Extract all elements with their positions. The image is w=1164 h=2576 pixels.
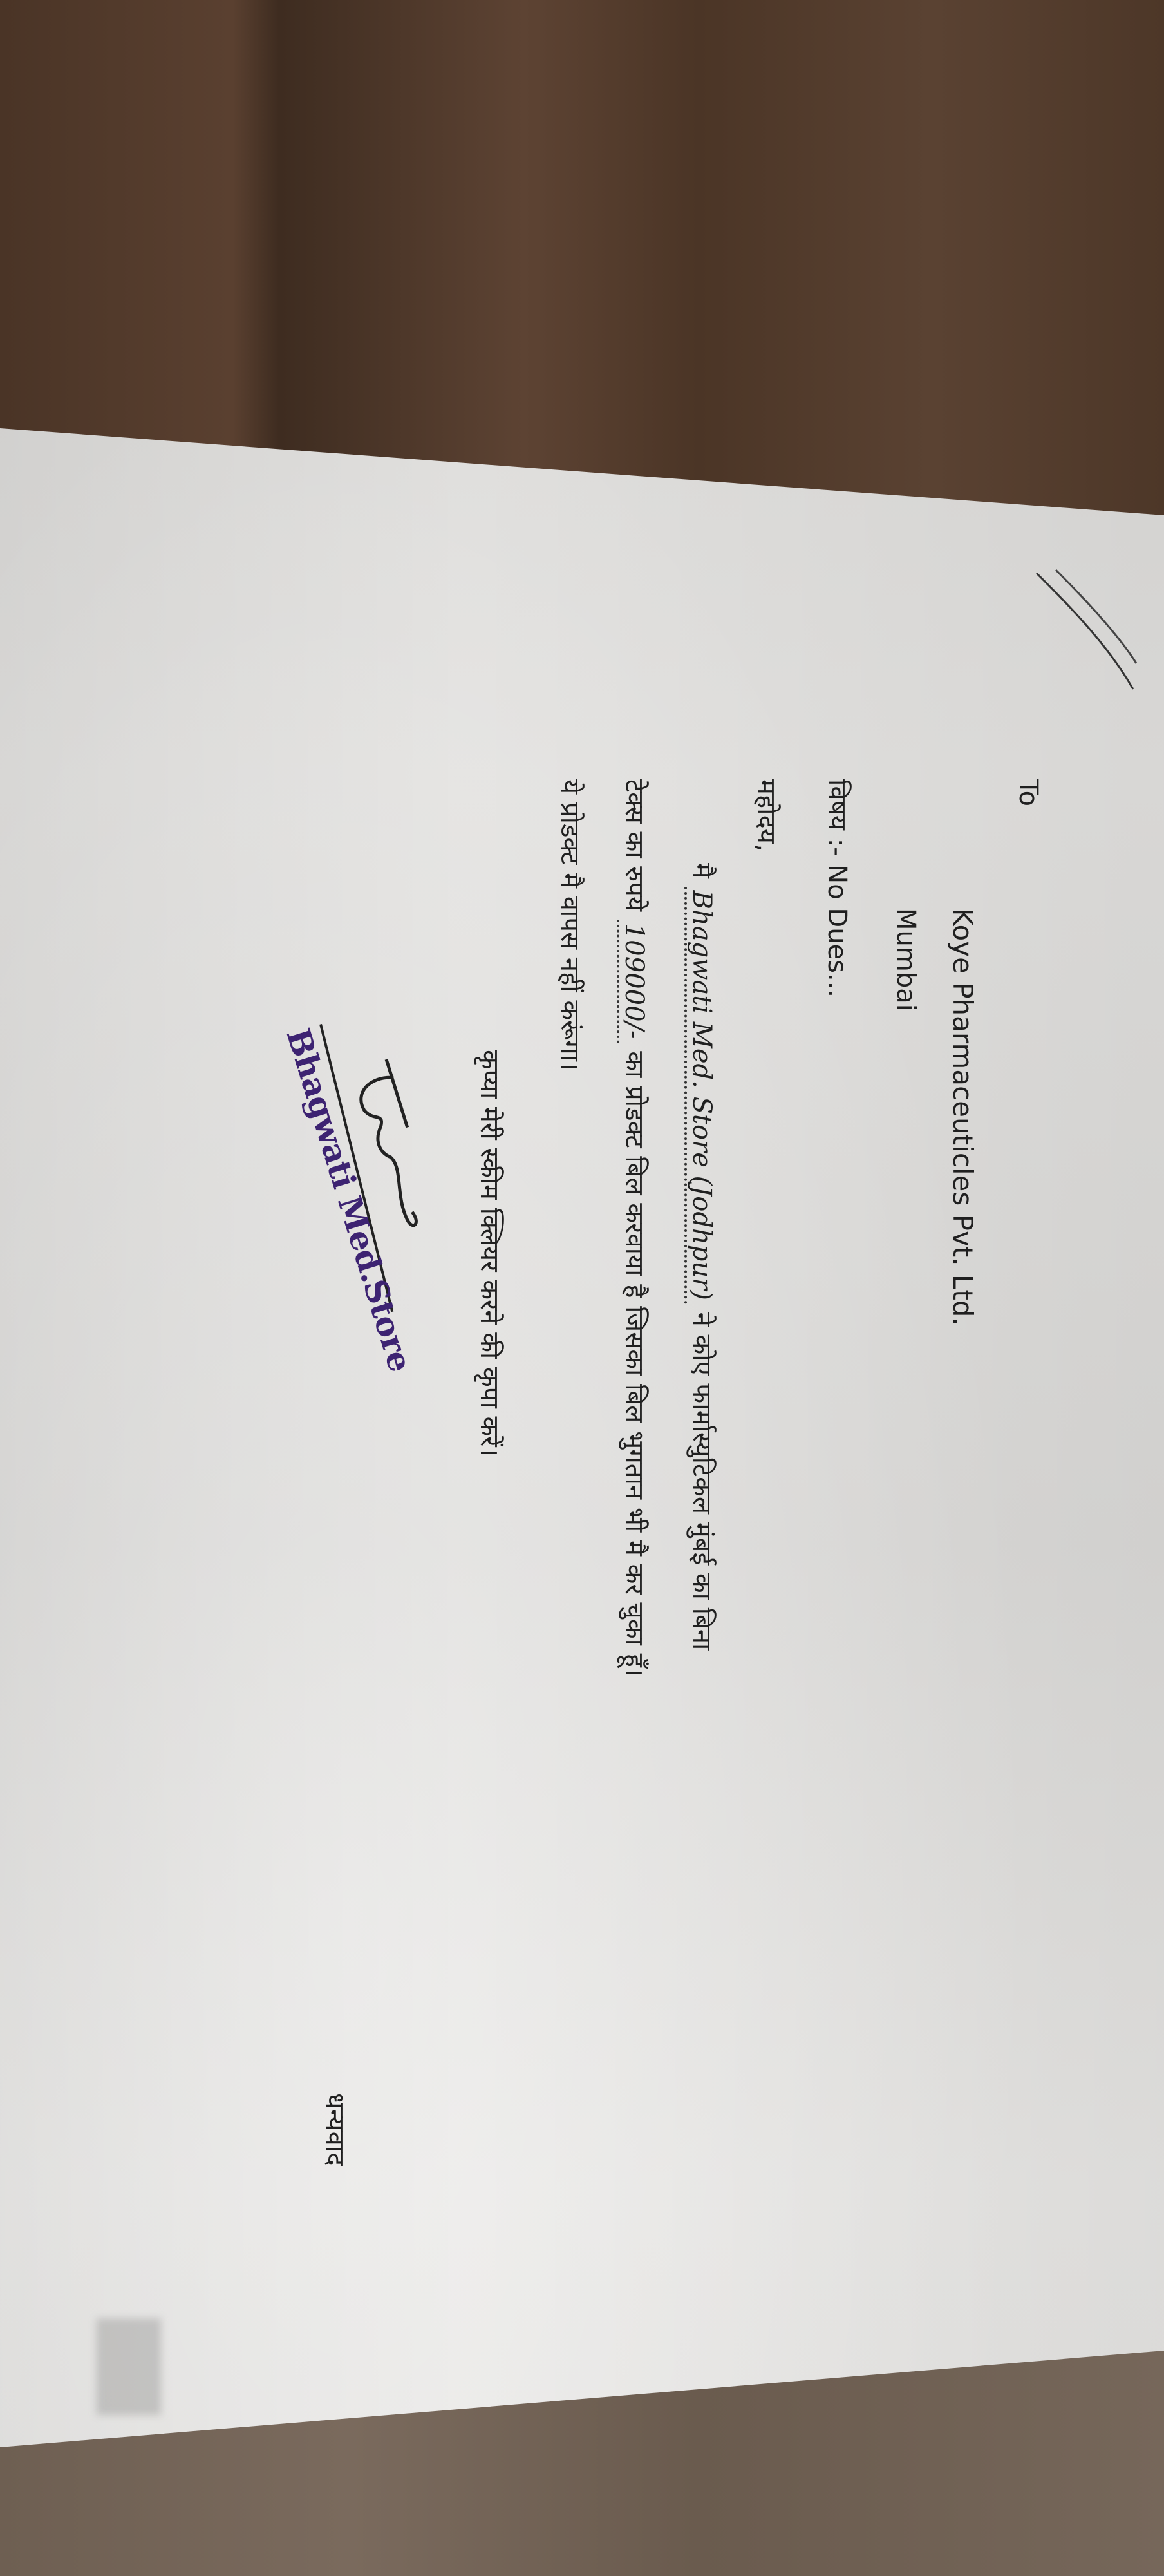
to-label: To — [1013, 779, 1043, 806]
body-line1-prefix: मै — [687, 863, 717, 878]
request-line: कृप्या मेरी स्कीम क्लियर करने की कृपा कर… — [473, 1050, 509, 1457]
store-name-handwritten: Bhagwati Med. Store (Jodhpur) — [684, 887, 717, 1304]
subject-label: विषय — [822, 779, 852, 830]
pen-tick-mark — [1030, 567, 1140, 696]
recipient-company: Koye Pharmaceuticles Pvt. Ltd. — [947, 908, 979, 1326]
subject-line: विषय :- No Dues... — [821, 779, 856, 998]
subject-text: No Dues... — [822, 864, 852, 998]
body-line1-suffix: ने कोए फार्मास्युटिकल मुंबई का बिना — [687, 1312, 717, 1651]
letter-content: To Koye Pharmaceuticles Pvt. Ltd. Mumbai… — [142, 779, 1043, 2389]
amount-handwritten: 109000/- — [617, 920, 649, 1043]
body-line-2: टेक्स का रुपये 109000/- का प्रोडक्ट बिल … — [618, 779, 653, 1677]
salutation: महोदय, — [750, 779, 785, 852]
body-line-1: मै Bhagwati Med. Store (Jodhpur) ने कोए … — [686, 863, 721, 1650]
subject-separator: :- — [822, 838, 852, 857]
recipient-city: Mumbai — [891, 908, 921, 1011]
body-line-3: ये प्रोडक्ट मै वापस नहीं करूंगा। — [554, 779, 589, 1071]
body-line2-prefix: टेक्स का रुपये — [619, 779, 649, 911]
closing: धन्यवाद — [319, 2093, 354, 2166]
body-line2-suffix: का प्रोडक्ट बिल करवाया है जिसका बिल भुगत… — [619, 1051, 649, 1677]
